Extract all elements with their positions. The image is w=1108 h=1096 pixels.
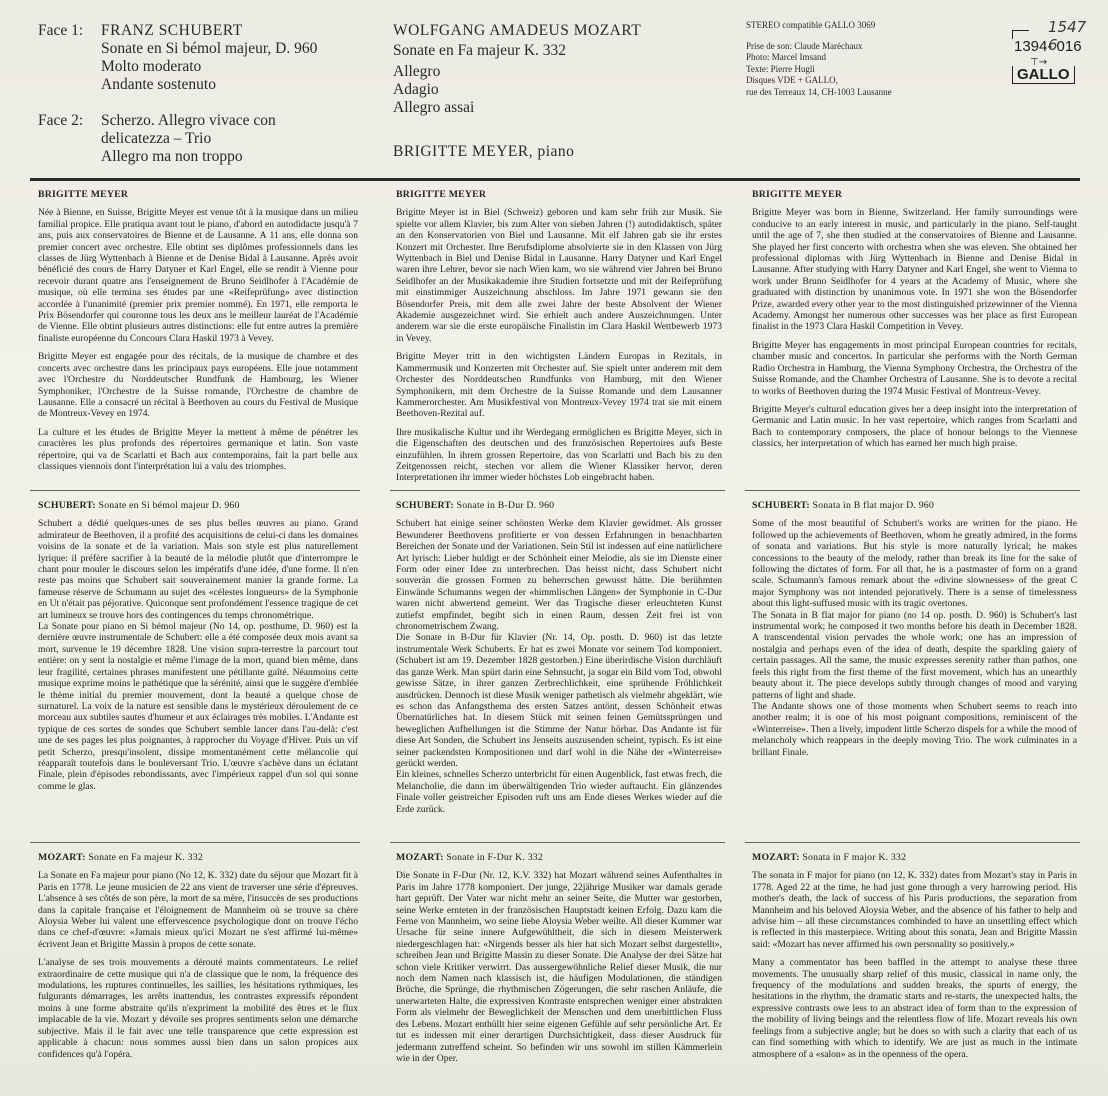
paragraph: Née à Bienne, en Suisse, Brigitte Meyer … xyxy=(38,207,358,344)
section-title: BRIGITTE MEYER xyxy=(396,189,722,200)
paragraph: La Sonate pour piano en Si bémol majeur … xyxy=(38,621,358,792)
paragraph: Some of the most beautiful of Schubert's… xyxy=(752,518,1077,609)
bio-german: BRIGITTE MEYER Brigitte Meyer ist in Bie… xyxy=(396,189,722,491)
paragraph: Die Sonate in B-Dur für Klavier (Nr. 14,… xyxy=(396,632,722,769)
bio-english: BRIGITTE MEYER Brigitte Meyer was born i… xyxy=(752,189,1077,457)
section-divider xyxy=(390,842,725,843)
movement: Allegro assai xyxy=(393,99,641,117)
paragraph: Brigitte Meyer est engagée pour des réci… xyxy=(38,351,358,419)
paragraph: La Sonate en Fa majeur pour piano (No 12… xyxy=(38,870,358,950)
section-title: MOZART: Sonata in F major K. 332 xyxy=(752,852,1077,863)
face-1-label: Face 1: xyxy=(38,22,83,40)
section-divider xyxy=(30,490,360,491)
credit-line: Prise de son: Claude Maréchaux xyxy=(746,41,892,53)
mozart-composer: WOLFGANG AMADEUS MOZART xyxy=(393,22,641,40)
paragraph: The Sonata in B flat major for piano (no… xyxy=(752,610,1077,701)
section-title: BRIGITTE MEYER xyxy=(752,189,1077,200)
paragraph: La culture et les études de Brigitte Mey… xyxy=(38,427,358,473)
schubert-english: SCHUBERT: Sonata in B flat major D. 960 … xyxy=(752,500,1077,765)
mozart-tracklist: WOLFGANG AMADEUS MOZART Sonate en Fa maj… xyxy=(393,22,641,161)
movement: Scherzo. Allegro vivace con xyxy=(101,112,276,130)
section-title: BRIGITTE MEYER xyxy=(38,189,358,200)
movement: Allegro xyxy=(393,63,641,81)
face-2-label: Face 2: xyxy=(38,112,83,130)
label-logo: 1547 6 1394- 016 ⊤→ GALLO xyxy=(1012,22,1098,92)
movement: Andante sostenuto xyxy=(101,76,317,94)
production-credits: STEREO compatible GALLO 3069 Prise de so… xyxy=(746,20,892,98)
stereo-note: STEREO compatible GALLO 3069 xyxy=(746,20,892,32)
paragraph: Brigitte Meyer's cultural education give… xyxy=(752,404,1077,450)
section-divider xyxy=(390,490,725,491)
paragraph: Die Sonate in F-Dur (Nr. 12, K.V. 332) h… xyxy=(396,870,722,1064)
paragraph: Ihre musikalische Kultur und ihr Werdega… xyxy=(396,427,722,484)
paragraph: Brigitte Meyer ist in Biel (Schweiz) geb… xyxy=(396,207,722,344)
section-divider xyxy=(745,490,1080,491)
paragraph: Ein kleines, schnelles Scherzo unterbric… xyxy=(396,769,722,815)
paragraph: Brigitte Meyer has engagements in most p… xyxy=(752,340,1077,397)
mozart-german: MOZART: Sonate in F-Dur K. 332 Die Sonat… xyxy=(396,852,722,1071)
credit-line: Photo: Marcel Imsand xyxy=(746,52,892,64)
movement: Molto moderato xyxy=(101,58,317,76)
header-divider xyxy=(30,178,1080,181)
movement: Allegro ma non troppo xyxy=(101,148,276,166)
schubert-composer: FRANZ SCHUBERT xyxy=(101,22,317,40)
paragraph: Brigitte Meyer was born in Bienne, Switz… xyxy=(752,207,1077,332)
record-back-cover: Face 1: FRANZ SCHUBERT Sonate en Si bémo… xyxy=(0,0,1108,1096)
section-title: MOZART: Sonate in F-Dur K. 332 xyxy=(396,852,722,863)
paragraph: L'analyse de ses trois mouvements a déro… xyxy=(38,957,358,1060)
credit-line: rue des Terreaux 14, CH-1003 Lausanne xyxy=(746,87,892,99)
catalog-number: 1394- 016 xyxy=(1014,38,1082,55)
section-title: SCHUBERT: Sonate en Si bémol majeur D. 9… xyxy=(38,500,358,511)
section-title: SCHUBERT: Sonate in B-Dur D. 960 xyxy=(396,500,722,511)
section-divider xyxy=(745,842,1080,843)
paragraph: The Andante shows one of those moments w… xyxy=(752,701,1077,758)
paragraph: Schubert a dédié quelques-unes de ses pl… xyxy=(38,518,358,621)
section-title: SCHUBERT: Sonata in B flat major D. 960 xyxy=(752,500,1077,511)
credit-line: Texte: Pierre Hugli xyxy=(746,64,892,76)
schubert-german: SCHUBERT: Sonate in B-Dur D. 960 Schuber… xyxy=(396,500,722,822)
face-1-tracklist: FRANZ SCHUBERT Sonate en Si bémol majeur… xyxy=(101,22,317,94)
paragraph: The sonata in F major for piano (no 12, … xyxy=(752,870,1077,950)
mozart-french: MOZART: Sonate en Fa majeur K. 332 La So… xyxy=(38,852,358,1067)
paragraph: Schubert hat einige seiner schönsten Wer… xyxy=(396,518,722,632)
section-title: MOZART: Sonate en Fa majeur K. 332 xyxy=(38,852,358,863)
mozart-english: MOZART: Sonata in F major K. 332 The son… xyxy=(752,852,1077,1067)
performer: BRIGITTE MEYER, piano xyxy=(393,143,641,161)
credit-line: Disques VDE + GALLO, xyxy=(746,75,892,87)
schubert-work-title: Sonate en Si bémol majeur, D. 960 xyxy=(101,40,317,58)
paragraph: Many a commentator has been baffled in t… xyxy=(752,957,1077,1060)
movement: delicatezza – Trio xyxy=(101,130,276,148)
paragraph: Brigitte Meyer tritt in den wichtigsten … xyxy=(396,351,722,419)
section-divider xyxy=(30,842,360,843)
schubert-french: SCHUBERT: Sonate en Si bémol majeur D. 9… xyxy=(38,500,358,799)
brand-name: GALLO xyxy=(1012,66,1075,84)
movement: Adagio xyxy=(393,81,641,99)
bio-french: BRIGITTE MEYER Née à Bienne, en Suisse, … xyxy=(38,189,358,479)
mozart-work-title: Sonate en Fa majeur K. 332 xyxy=(393,42,641,60)
face-2-tracklist: Scherzo. Allegro vivace con delicatezza … xyxy=(101,112,276,166)
